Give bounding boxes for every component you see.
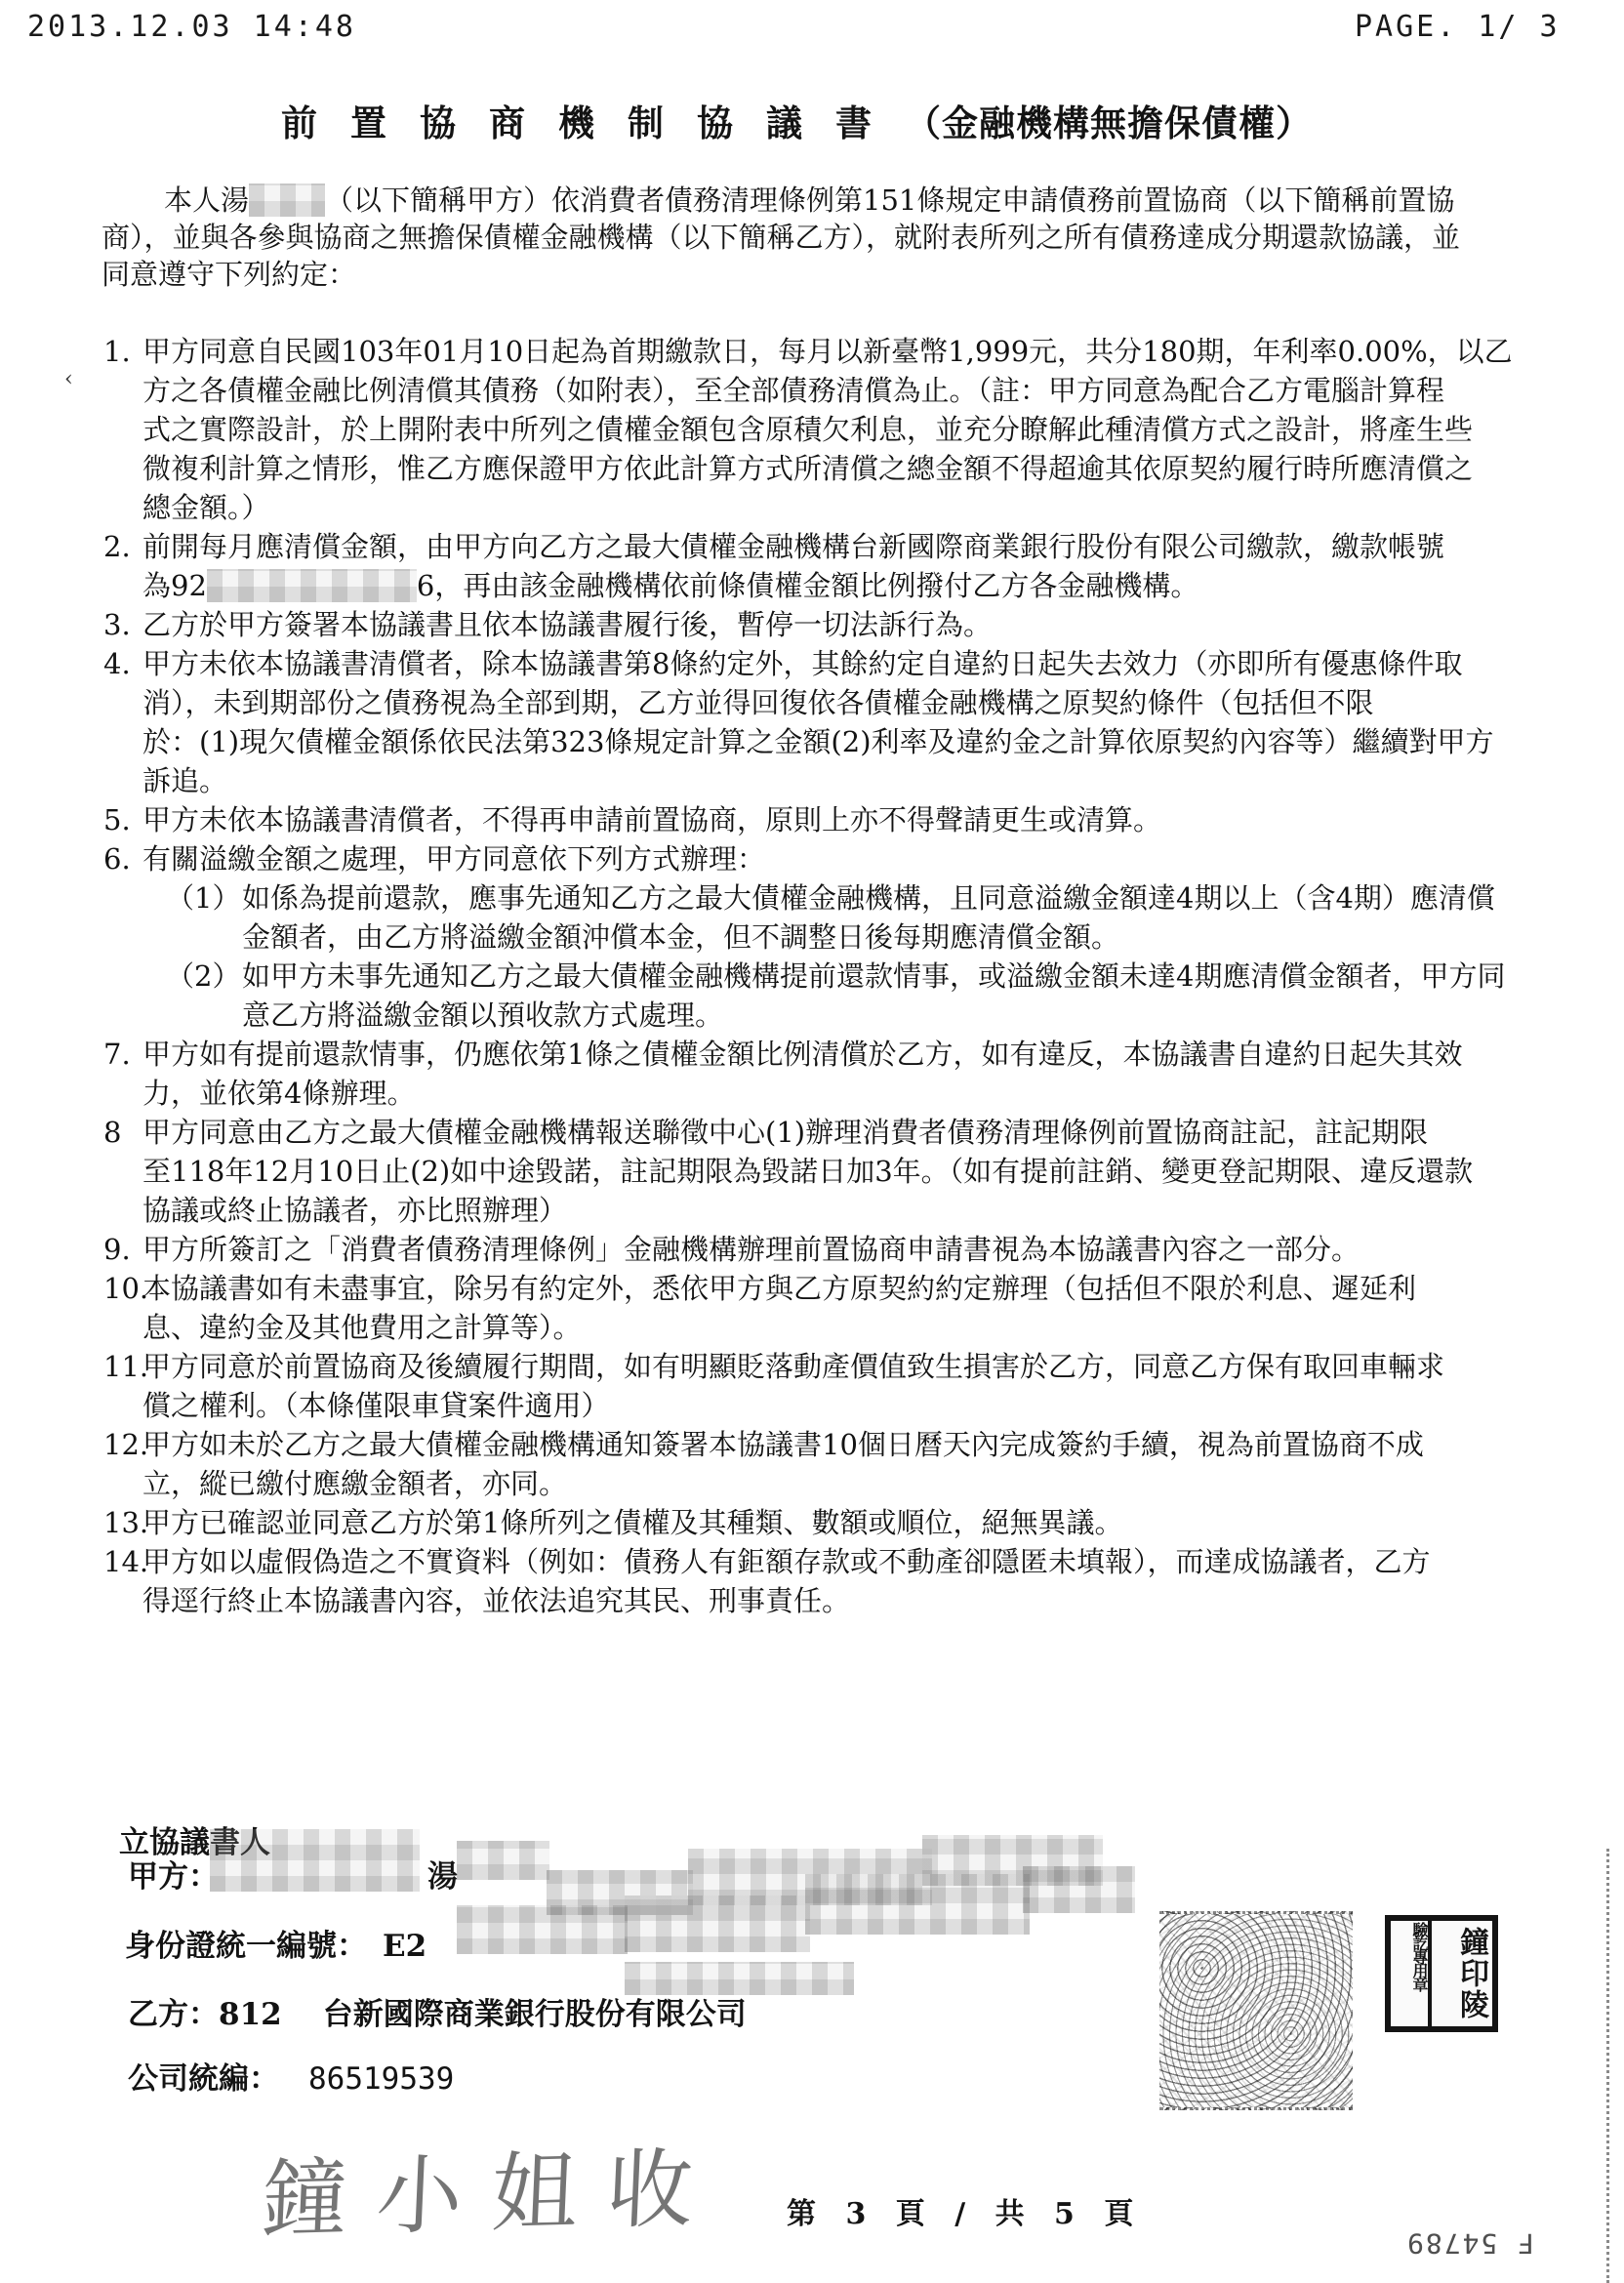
party-b-code: 812 [219, 1997, 282, 2032]
clause-number: 10. [103, 1269, 148, 1308]
text-line: 11.甲方同意於前置協商及後續履行期間，如有明顯貶落動產價值致生損害於乙方，同意… [105, 1347, 1579, 1386]
party-a-label: 甲方： [128, 1859, 219, 1895]
clause-number: 8 [103, 1113, 121, 1152]
scan-edge-dotted-line [1606, 1849, 1609, 2283]
document-title: 前置協商機制協議書（金融機構無擔保債權） [281, 94, 1313, 146]
seal-small-characters: 驗訖專用章 [1391, 1921, 1432, 2026]
agreement-clause: 1.甲方同意自民國103年01月10日起為首期繳款日，每月以新臺幣1,999元，… [105, 332, 1579, 527]
text-line: 金額者，由乙方將溢繳金額沖償本金，但不調整日後每期應清償金額。 [168, 917, 1579, 957]
text-line: 8甲方同意由乙方之最大債權金融機構報送聯徵中心(1)辦理消費者債務清理條例前置協… [105, 1113, 1579, 1152]
text-line: 6.有關溢繳金額之處理，甲方同意依下列方式辦理： [105, 839, 1579, 878]
redaction-mosaic [1023, 1866, 1135, 1913]
page-number-info: 第 3 頁 / 共 5 頁 [787, 2189, 1143, 2232]
clause-number: 1. [103, 332, 131, 371]
clause-number: 4. [103, 644, 131, 683]
agreement-clause: 2.前開每月應清償金額，由甲方向乙方之最大債權金融機構台新國際商業銀行股份有限公… [105, 527, 1579, 605]
clause-number: 5. [103, 800, 131, 839]
verification-seal: 驗訖專用章 鐘印陵 [1385, 1915, 1498, 2032]
text-line: 償之權利。（本條僅限車貸案件適用） [105, 1386, 1579, 1425]
text-line: 7.甲方如有提前還款情事，仍應依第1條之債權金額比例清償於乙方，如有違反，本協議… [105, 1035, 1579, 1074]
scan-artifact-mark: ‹ [64, 367, 73, 391]
upside-down-corner-mark: F 54789 [1405, 2227, 1534, 2260]
text-line: （2）如甲方未事先通知乙方之最大債權金融機構提前還款情事，或溢繳金額未達4期應清… [168, 957, 1579, 996]
agreement-clause: 6.有關溢繳金額之處理，甲方同意依下列方式辦理： [105, 839, 1579, 878]
text-line: 2.前開每月應清償金額，由甲方向乙方之最大債權金融機構台新國際商業銀行股份有限公… [105, 527, 1579, 566]
text-line: 得逕行終止本協議書內容，並依法追究其民、刑事責任。 [105, 1581, 1579, 1620]
agreement-clause: 9.甲方所簽訂之「消費者債務清理條例」金融機構辦理前置協商申請書視為本協議書內容… [105, 1230, 1579, 1269]
clause-number: 12. [103, 1425, 148, 1464]
agreement-clause: 7.甲方如有提前還款情事，仍應依第1條之債權金額比例清償於乙方，如有違反，本協議… [105, 1035, 1579, 1113]
party-a-surname: 湯 [427, 1852, 458, 1896]
text-line: 5.甲方未依本協議書清償者，不得再申請前置協商，原則上亦不得聲請更生或清算。 [105, 800, 1579, 839]
text-line: 為926，再由該金融機構依前條債權金額比例撥付乙方各金融機構。 [105, 566, 1579, 605]
redaction-mosaic [210, 1829, 420, 1892]
agreement-clause: （1）如係為提前還款，應事先通知乙方之最大債權金融機構，且同意溢繳金額達4期以上… [168, 878, 1579, 957]
text-line: 13.甲方已確認並同意乙方於第1條所列之債權及其種類、數額或順位，絕無異議。 [105, 1503, 1579, 1542]
text-line: 1.甲方同意自民國103年01月10日起為首期繳款日，每月以新臺幣1,999元，… [105, 332, 1579, 371]
agreement-clause: 4.甲方未依本協議書清償者，除本協議書第8條約定外，其餘約定自違約日起失去效力（… [105, 644, 1579, 800]
redaction-mosaic [457, 1905, 628, 1954]
scanned-fax-document: 2013.12.03 14:48 PAGE. 1/ 3 前置協商機制協議書（金融… [0, 0, 1624, 2283]
redaction-mosaic [805, 1874, 1030, 1935]
id-number-prefix: E2 [383, 1929, 426, 1964]
party-a-row: 甲方： [128, 1852, 219, 1896]
agreement-clause: 14.甲方如以虛假偽造之不實資料（例如：債務人有鉅額存款或不動產卻隱匿未填報），… [105, 1542, 1579, 1620]
text-line: 息、違約金及其他費用之計算等）。 [105, 1308, 1579, 1347]
document-title-subtitle: （金融機構無擔保債權） [905, 102, 1313, 144]
agreement-clause: 8甲方同意由乙方之最大債權金融機構報送聯徵中心(1)辦理消費者債務清理條例前置協… [105, 1113, 1579, 1230]
clause-number: （2） [166, 957, 240, 996]
text-line: 於：(1)現欠債權金額係依民法第323條規定計算之金額(2)利率及違約金之計算依… [105, 722, 1579, 761]
text-line: 總金額。） [105, 488, 1579, 527]
handwritten-note: 鐘小姐收 [259, 2120, 724, 2256]
text-line: 9.甲方所簽訂之「消費者債務清理條例」金融機構辦理前置協商申請書視為本協議書內容… [105, 1230, 1579, 1269]
seal-large-characters: 鐘印陵 [1432, 1921, 1492, 2026]
redaction-mosaic [457, 1841, 549, 1880]
text-line: 消），未到期部份之債務視為全部到期，乙方並得回復依各債權金融機構之原契約條件（包… [105, 683, 1579, 722]
party-b-label: 乙方： [128, 1997, 219, 2032]
clause-number: 13. [103, 1503, 148, 1542]
id-number-label: 身份證統一編號： [125, 1929, 367, 1964]
agreement-clause: 10.本協議書如有未盡事宜，除另有約定外，悉依甲方與乙方原契約約定辦理（包括但不… [105, 1269, 1579, 1347]
clause-number: 3. [103, 605, 131, 644]
document-title-main: 前置協商機制協議書 [281, 102, 905, 144]
text-line: 14.甲方如以虛假偽造之不實資料（例如：債務人有鉅額存款或不動產卻隱匿未填報），… [105, 1542, 1579, 1581]
text-line: 12.甲方如未於乙方之最大債權金融機構通知簽署本協議書10個日曆天內完成簽約手續… [105, 1425, 1579, 1464]
agreement-clause: 5.甲方未依本協議書清償者，不得再申請前置協商，原則上亦不得聲請更生或清算。 [105, 800, 1579, 839]
fax-page-counter: PAGE. 1/ 3 [1355, 10, 1561, 44]
agreement-clause: 11.甲方同意於前置協商及後續履行期間，如有明顯貶落動產價值致生損害於乙方，同意… [105, 1347, 1579, 1425]
redaction-mosaic [249, 183, 325, 217]
id-number-row: 身份證統一編號：E2 [125, 1921, 426, 1965]
fax-datetime: 2013.12.03 14:48 [27, 10, 356, 44]
text-line: 商），並與各參與協商之無擔保債權金融機構（以下簡稱乙方），就附表所列之所有債務達… [101, 219, 1546, 256]
text-line: 微複利計算之情形，惟乙方應保證甲方依此計算方式所清償之總金額不得超逾其依原契約履… [105, 449, 1579, 488]
redaction-mosaic [625, 1962, 854, 1995]
agreement-items: 1.甲方同意自民國103年01月10日起為首期繳款日，每月以新臺幣1,999元，… [105, 332, 1579, 1620]
text-line: 至118年12月10日止(2)如中途毀諾，註記期限為毀諾日加3年。（如有提前註銷… [105, 1152, 1579, 1191]
company-id-value: 86519539 [308, 2061, 454, 2097]
text-line: 意乙方將溢繳金額以預收款方式處理。 [168, 996, 1579, 1035]
bank-stamp-faint [1159, 1911, 1353, 2110]
agreement-clause: 12.甲方如未於乙方之最大債權金融機構通知簽署本協議書10個日曆天內完成簽約手續… [105, 1425, 1579, 1503]
clause-number: 2. [103, 527, 131, 566]
text-line: 3.乙方於甲方簽署本協議書且依本協議書履行後，暫停一切法訴行為。 [105, 605, 1579, 644]
clause-number: 11. [103, 1347, 148, 1386]
redaction-mosaic [625, 1896, 810, 1952]
text-line: 方之各債權金融比例清償其債務（如附表），至全部債務清償為止。（註：甲方同意為配合… [105, 371, 1579, 410]
text-line: （1）如係為提前還款，應事先通知乙方之最大債權金融機構，且同意溢繳金額達4期以上… [168, 878, 1579, 917]
text-line: 式之實際設計，於上開附表中所列之債權金額包含原積欠利息，並充分瞭解此種清償方式之… [105, 410, 1579, 449]
text-line: 4.甲方未依本協議書清償者，除本協議書第8條約定外，其餘約定自違約日起失去效力（… [105, 644, 1579, 683]
company-id-label: 公司統編： [128, 2061, 279, 2097]
clause-number: 6. [103, 839, 131, 878]
text-line: 本人湯（以下簡稱甲方）依消費者債務清理條例第151條規定申請債務前置協商（以下簡… [101, 182, 1546, 219]
party-b-row: 乙方：812台新國際商業銀行股份有限公司 [128, 1989, 747, 2033]
intro-paragraph: 本人湯（以下簡稱甲方）依消費者債務清理條例第151條規定申請債務前置協商（以下簡… [101, 182, 1546, 293]
clause-number: 14. [103, 1542, 148, 1581]
party-b-name: 台新國際商業銀行股份有限公司 [323, 1997, 747, 2032]
text-line: 10.本協議書如有未盡事宜，除另有約定外，悉依甲方與乙方原契約約定辦理（包括但不… [105, 1269, 1579, 1308]
clause-number: 7. [103, 1035, 131, 1074]
agreement-clause: 3.乙方於甲方簽署本協議書且依本協議書履行後，暫停一切法訴行為。 [105, 605, 1579, 644]
text-line: 同意遵守下列約定： [101, 256, 1546, 293]
text-line: 力，並依第4條辦理。 [105, 1074, 1579, 1113]
text-line: 協議或終止協議者，亦比照辦理） [105, 1191, 1579, 1230]
redaction-mosaic [207, 569, 417, 602]
text-line: 訴追。 [105, 761, 1579, 800]
text-line: 立，縱已繳付應繳金額者，亦同。 [105, 1464, 1579, 1503]
agreement-clause: 13.甲方已確認並同意乙方於第1條所列之債權及其種類、數額或順位，絕無異議。 [105, 1503, 1579, 1542]
agreement-clause: （2）如甲方未事先通知乙方之最大債權金融機構提前還款情事，或溢繳金額未達4期應清… [168, 957, 1579, 1035]
clause-number: 9. [103, 1230, 131, 1269]
clause-number: （1） [166, 878, 240, 917]
company-id-row: 公司統編：86519539 [128, 2054, 454, 2098]
